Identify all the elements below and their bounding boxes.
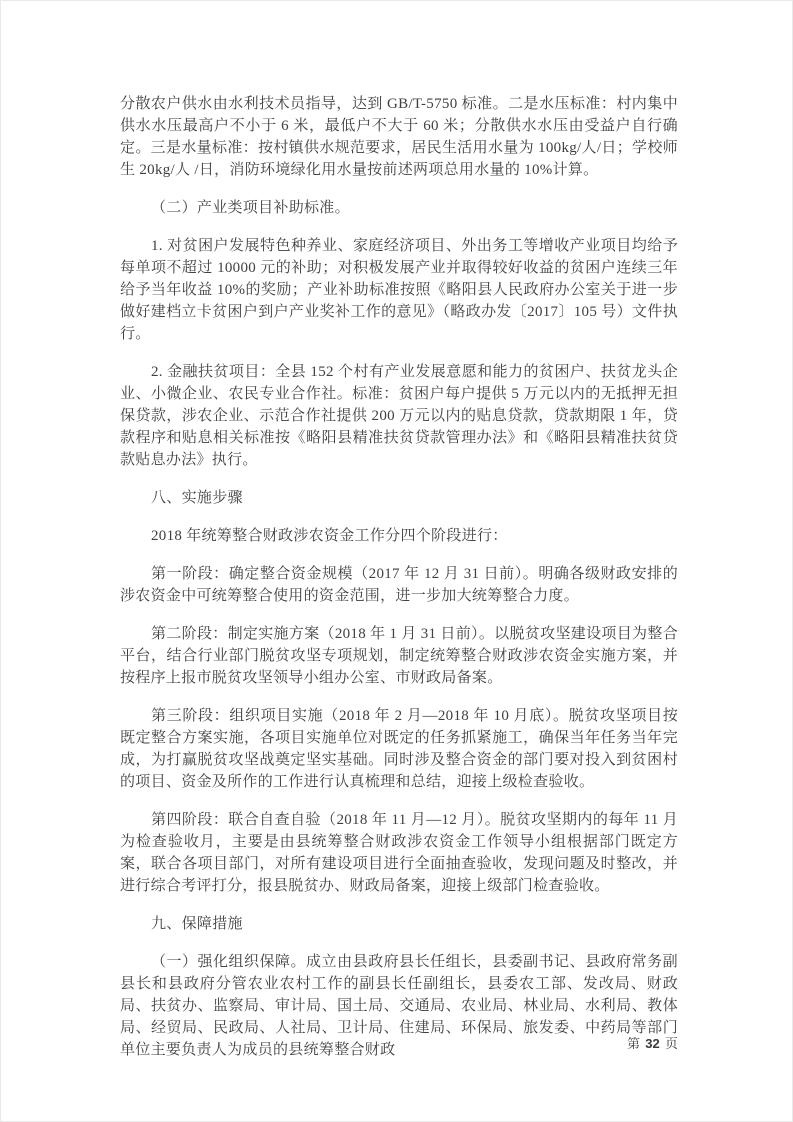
section-heading: 八、实施步骤: [120, 487, 678, 509]
body-paragraph: 第二阶段：制定实施方案（2018 年 1 月 31 日前）。以脱贫攻坚建设项目为…: [120, 623, 678, 689]
page-number-suffix: 页: [665, 1036, 678, 1051]
document-body: 分散农户供水由水利技术员指导，达到 GB/T-5750 标准。二是水压标准：村内…: [120, 93, 678, 1077]
body-paragraph: 第四阶段：联合自查自验（2018 年 11 月—12 月）。脱贫攻坚期内的每年 …: [120, 809, 678, 897]
page-number-value: 32: [643, 1036, 661, 1051]
page-number-prefix: 第: [627, 1036, 640, 1051]
body-paragraph: 2018 年统筹整合财政涉农资金工作分四个阶段进行：: [120, 525, 678, 547]
body-paragraph: 第一阶段：确定整合资金规模（2017 年 12 月 31 日前）。明确各级财政安…: [120, 563, 678, 607]
page-footer: 第 32 页: [120, 1035, 678, 1053]
body-paragraph: 分散农户供水由水利技术员指导，达到 GB/T-5750 标准。二是水压标准：村内…: [120, 93, 678, 181]
body-paragraph: 第三阶段：组织项目实施（2018 年 2 月—2018 年 10 月底）。脱贫攻…: [120, 705, 678, 793]
document-page: 分散农户供水由水利技术员指导，达到 GB/T-5750 标准。二是水压标准：村内…: [0, 0, 793, 1122]
body-paragraph: （二）产业类项目补助标准。: [120, 197, 678, 219]
body-paragraph: 1. 对贫困户发展特色种养业、家庭经济项目、外出务工等增收产业项目均给予每单项不…: [120, 235, 678, 345]
body-paragraph: 2. 金融扶贫项目：全县 152 个村有产业发展意愿和能力的贫困户、扶贫龙头企业…: [120, 361, 678, 471]
page-number: 第 32 页: [627, 1036, 678, 1051]
section-heading: 九、保障措施: [120, 913, 678, 935]
